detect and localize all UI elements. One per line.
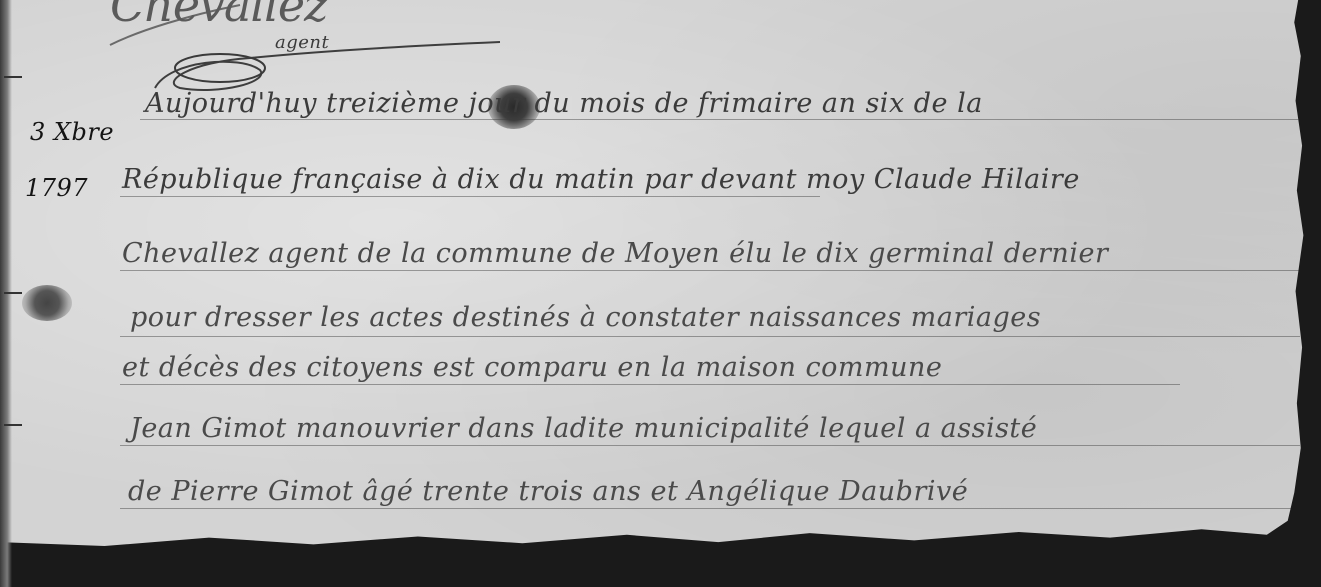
header-name: Chevallez	[110, 0, 327, 32]
baseline	[120, 384, 1180, 385]
baseline	[120, 270, 1300, 271]
binding-mark	[4, 292, 22, 294]
text-line-6: Jean Gimot manouvrier dans ladite munici…	[130, 413, 1037, 444]
margin-year: 1797	[25, 174, 88, 202]
text-line-1: Aujourd'huy treizième jour du mois de fr…	[145, 88, 983, 119]
ink-stain	[22, 285, 72, 321]
text-line-5: et décès des citoyens est comparu en la …	[122, 352, 942, 383]
manuscript-page: Chevallez agent 3 Xbre 1797 Aujourd'huy …	[0, 0, 1306, 560]
document-viewport: Chevallez agent 3 Xbre 1797 Aujourd'huy …	[0, 0, 1321, 587]
header-title: agent	[275, 32, 329, 53]
binding-mark	[4, 424, 22, 426]
baseline	[120, 336, 1300, 337]
baseline	[140, 119, 1300, 120]
baseline	[120, 196, 820, 197]
text-line-4: pour dresser les actes destinés à consta…	[130, 302, 1041, 333]
text-line-3: Chevallez agent de la commune de Moyen é…	[122, 238, 1108, 269]
text-line-7: de Pierre Gimot âgé trente trois ans et …	[128, 476, 968, 507]
text-line-2: République française à dix du matin par …	[122, 164, 1080, 195]
margin-date: 3 Xbre	[30, 118, 114, 146]
binding-mark	[4, 76, 22, 78]
baseline	[120, 508, 1300, 509]
baseline	[120, 445, 1300, 446]
